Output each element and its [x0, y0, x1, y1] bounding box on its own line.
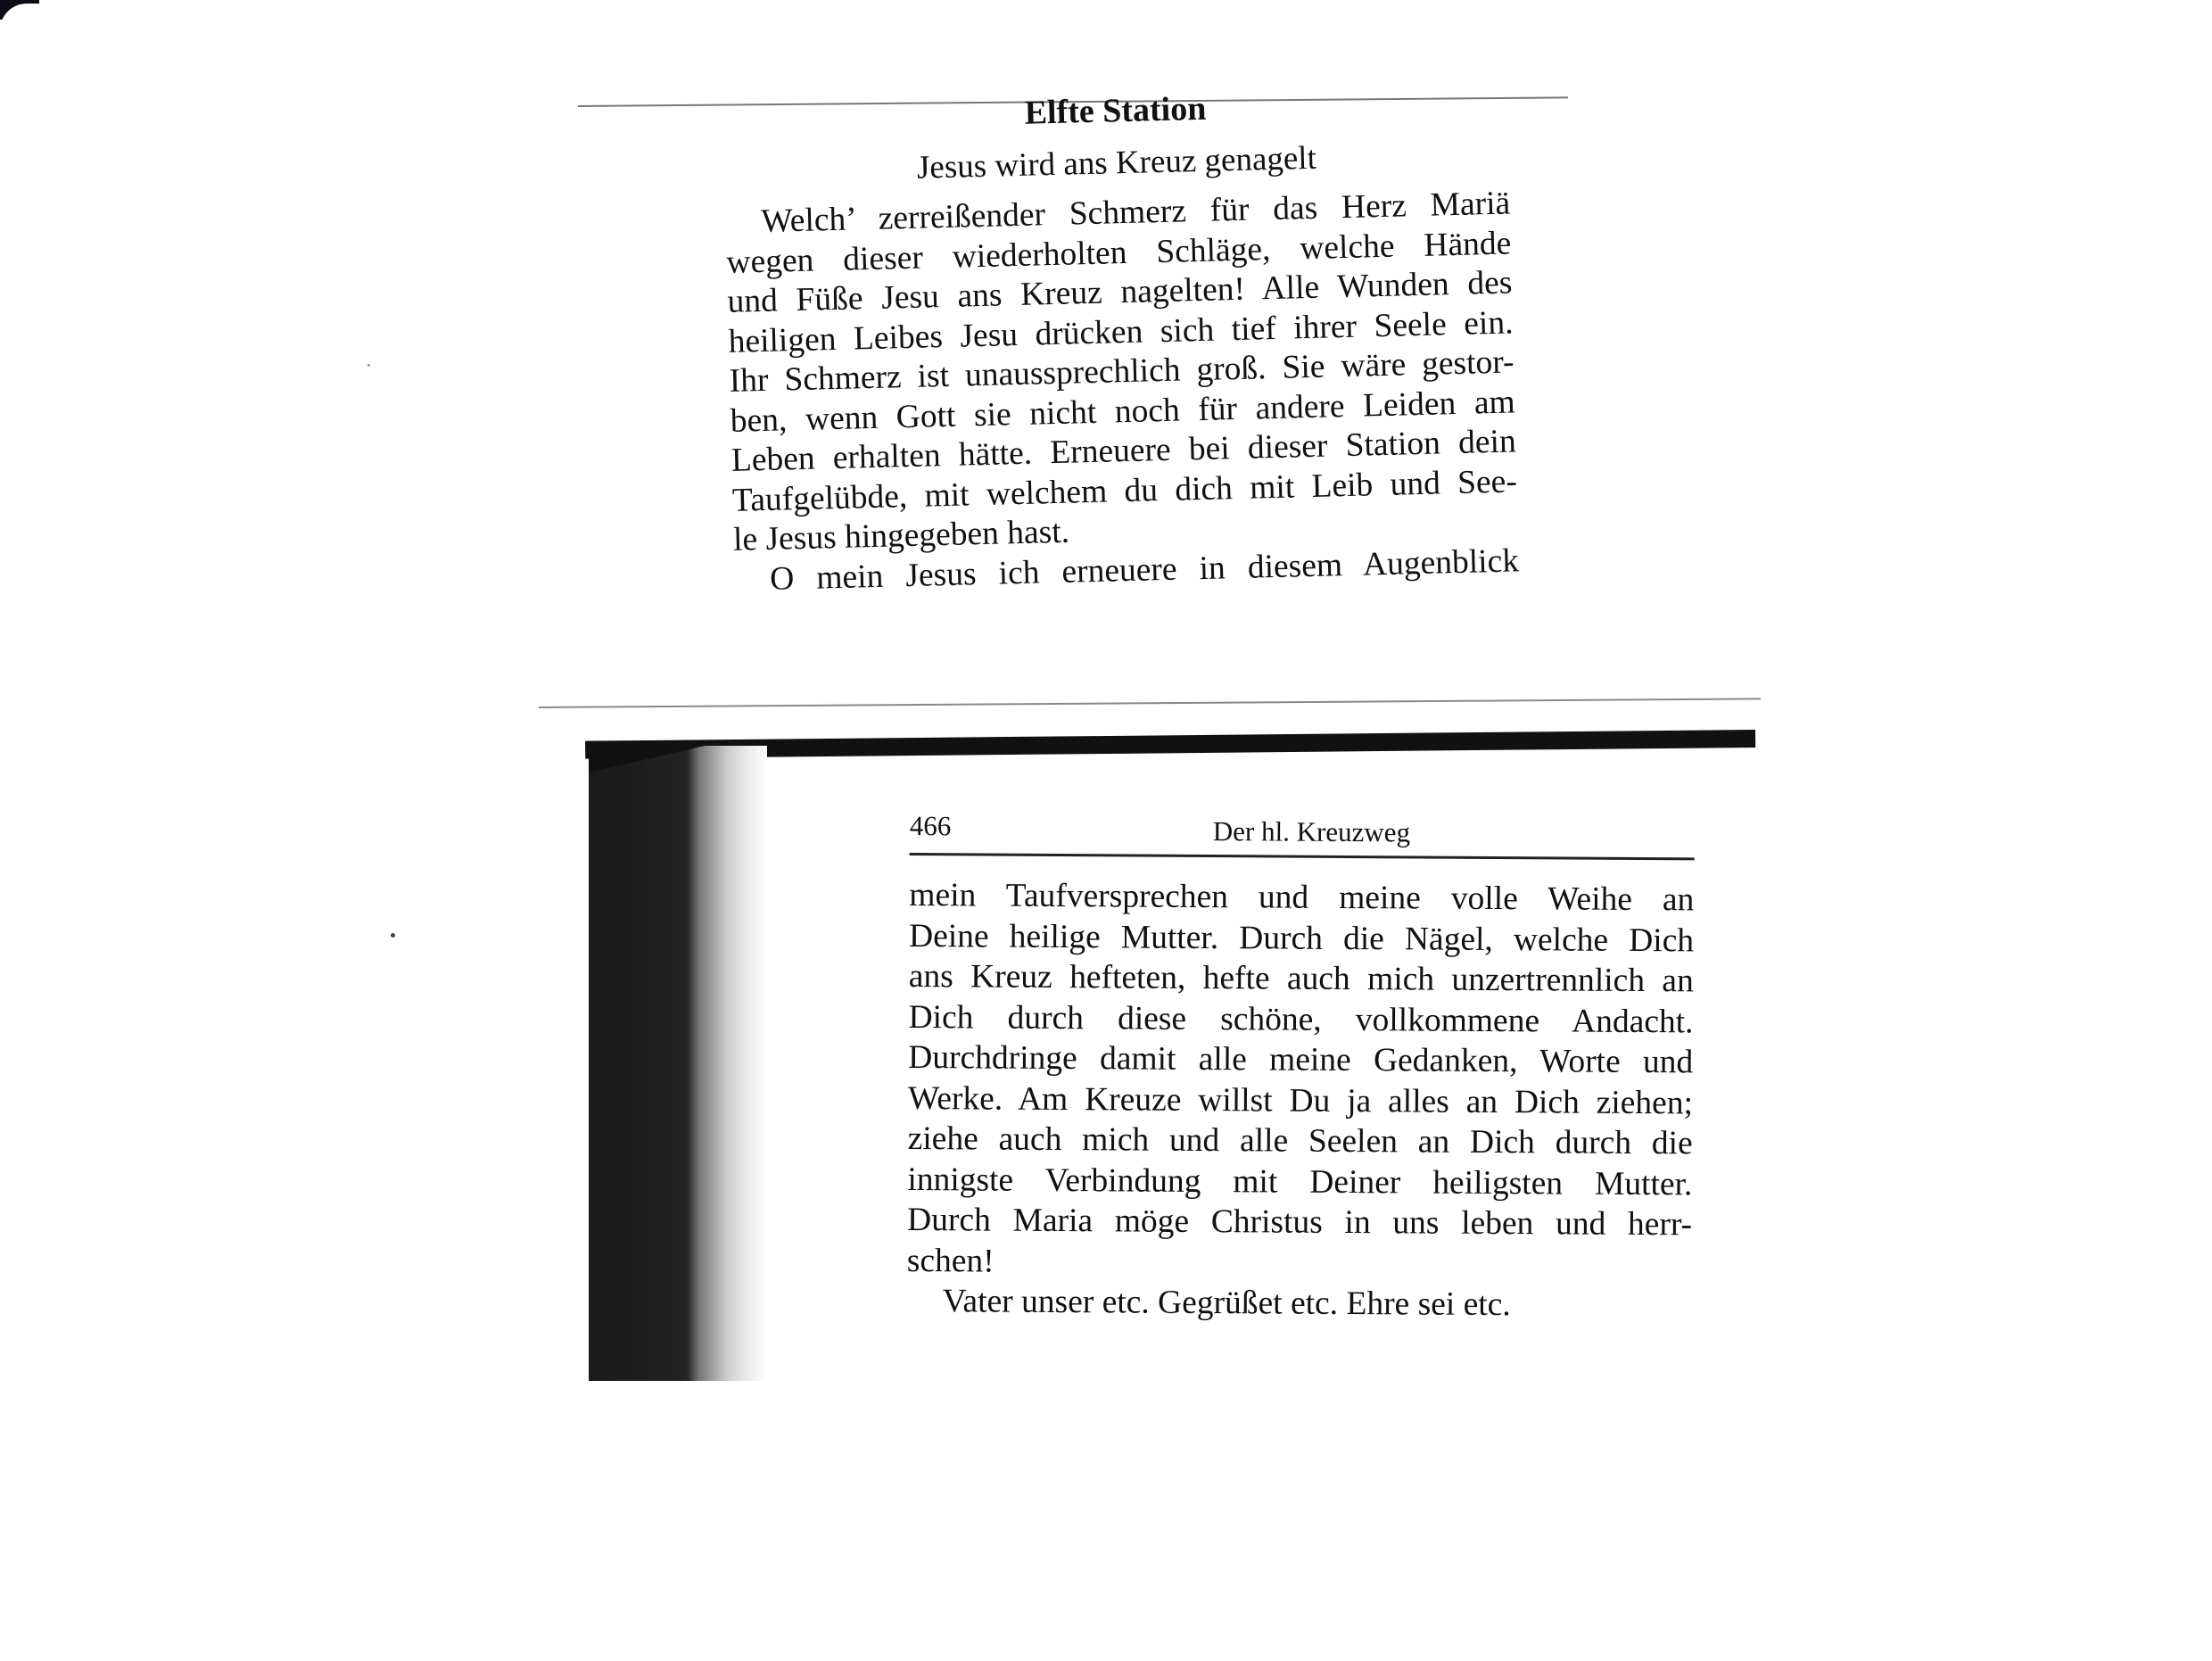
running-header: 466 Der hl. Kreuzweg [910, 801, 1695, 852]
spine-fold-shadow [589, 746, 705, 773]
text-line: Durchdringe damit alle meine Gedanken, W… [908, 1037, 1693, 1083]
scan-corner-mark [0, 0, 39, 20]
header-rule [910, 853, 1695, 860]
text-line: ziehe auch mich und alle Seelen an Dich … [908, 1119, 1693, 1164]
text-line: schen! [907, 1240, 1692, 1285]
page-number: 466 [910, 810, 952, 842]
text-line: innigste Verbindung mit Deiner heiligste… [907, 1159, 1692, 1204]
lower-page-clipping: 466 Der hl. Kreuzweg mein Taufverspreche… [585, 730, 1755, 1365]
text-line: Dich durch diese schöne, vollkommene And… [908, 996, 1693, 1042]
text-line: mein Taufversprechen und meine volle Wei… [909, 875, 1694, 921]
running-title: Der hl. Kreuzweg [1213, 815, 1410, 848]
upper-page-text-block: Elfte Station Jesus wird ans Kreuz genag… [722, 79, 1519, 599]
text-line: Vater unser etc. Gegrüßet etc. Ehre sei … [906, 1281, 1691, 1326]
lower-paragraph-1: mein Taufversprechen und meine volle Wei… [907, 875, 1695, 1285]
text-line: Durch Maria möge Christus in uns leben u… [907, 1200, 1692, 1245]
text-line: Werke. Am Kreuze willst Du ja alles an D… [908, 1078, 1693, 1123]
text-line: Deine heilige Mutter. Durch die Nägel, w… [909, 915, 1694, 961]
scan-speck [391, 933, 395, 938]
upper-paragraph-1: Welch’ zerreißender Schmerz für das Herz… [725, 184, 1519, 560]
book-spine-shadow [589, 746, 767, 1381]
upper-page-clipping: Elfte Station Jesus wird ans Kreuz genag… [571, 98, 1570, 705]
text-line: ans Kreuz hefteten, hefte auch mich unze… [909, 956, 1694, 1002]
scan-speck [367, 364, 370, 367]
lower-paragraph-2: Vater unser etc. Gegrüßet etc. Ehre sei … [906, 1281, 1691, 1326]
lower-page-text-block: 466 Der hl. Kreuzweg mein Taufverspreche… [906, 801, 1695, 1326]
